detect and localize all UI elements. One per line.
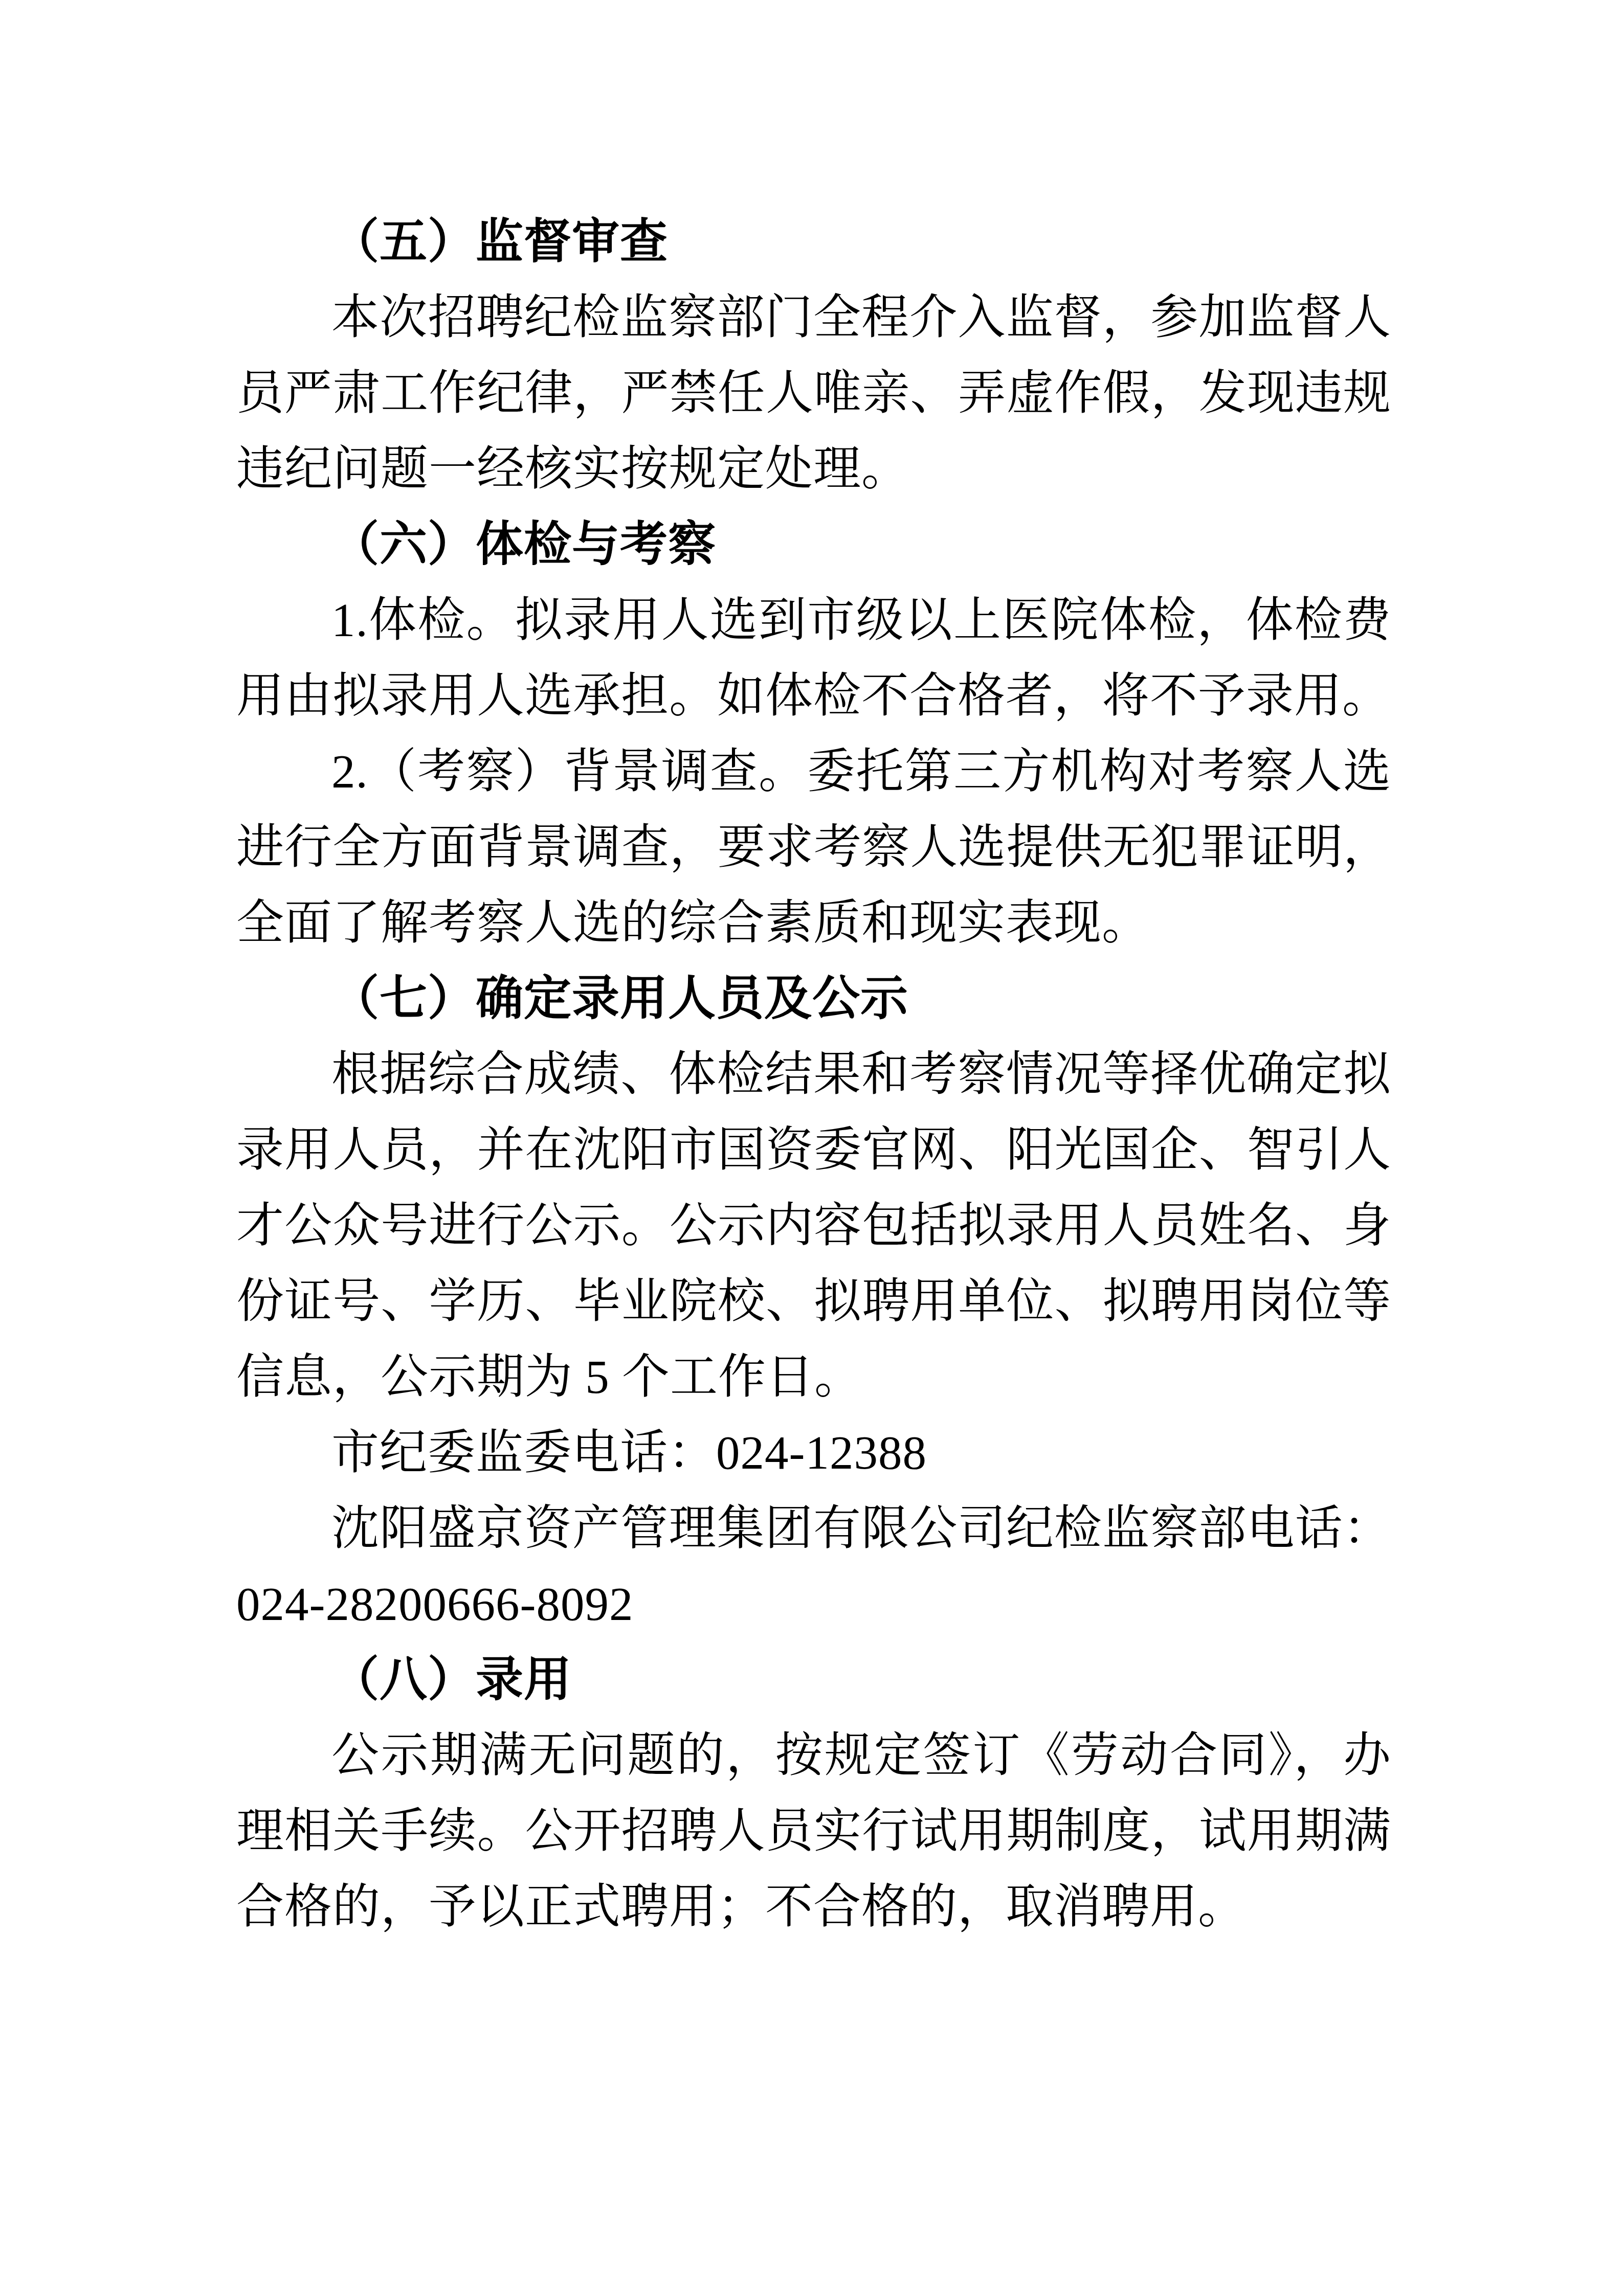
paragraph: 本次招聘纪检监察部门全程介入监督，参加监督人员严肃工作纪律，严禁任人唯亲、弄虚作… xyxy=(236,280,1391,507)
paragraph: 沈阳盛京资产管理集团有限公司纪检监察部电话：024-28200666-8092 xyxy=(236,1491,1391,1642)
section-heading: （七）确定录用人员及公示 xyxy=(236,961,1391,1037)
section-heading: （五）监督审查 xyxy=(236,205,1391,280)
section-heading: （六）体检与考察 xyxy=(236,507,1391,583)
paragraph: 市纪委监委电话：024-12388 xyxy=(236,1415,1391,1491)
paragraph: 1.体检。拟录用人选到市级以上医院体检，体检费用由拟录用人选承担。如体检不合格者… xyxy=(236,583,1391,734)
document-body: （五）监督审查本次招聘纪检监察部门全程介入监督，参加监督人员严肃工作纪律，严禁任… xyxy=(236,205,1391,1945)
section-heading: （八）录用 xyxy=(236,1642,1391,1718)
paragraph: 2.（考察）背景调查。委托第三方机构对考察人选进行全方面背景调查，要求考察人选提… xyxy=(236,734,1391,961)
paragraph: 根据综合成绩、体检结果和考察情况等择优确定拟录用人员，并在沈阳市国资委官网、阳光… xyxy=(236,1037,1391,1415)
paragraph: 公示期满无问题的，按规定签订《劳动合同》，办理相关手续。公开招聘人员实行试用期制… xyxy=(236,1718,1391,1945)
document-page: （五）监督审查本次招聘纪检监察部门全程介入监督，参加监督人员严肃工作纪律，严禁任… xyxy=(0,0,1624,2296)
